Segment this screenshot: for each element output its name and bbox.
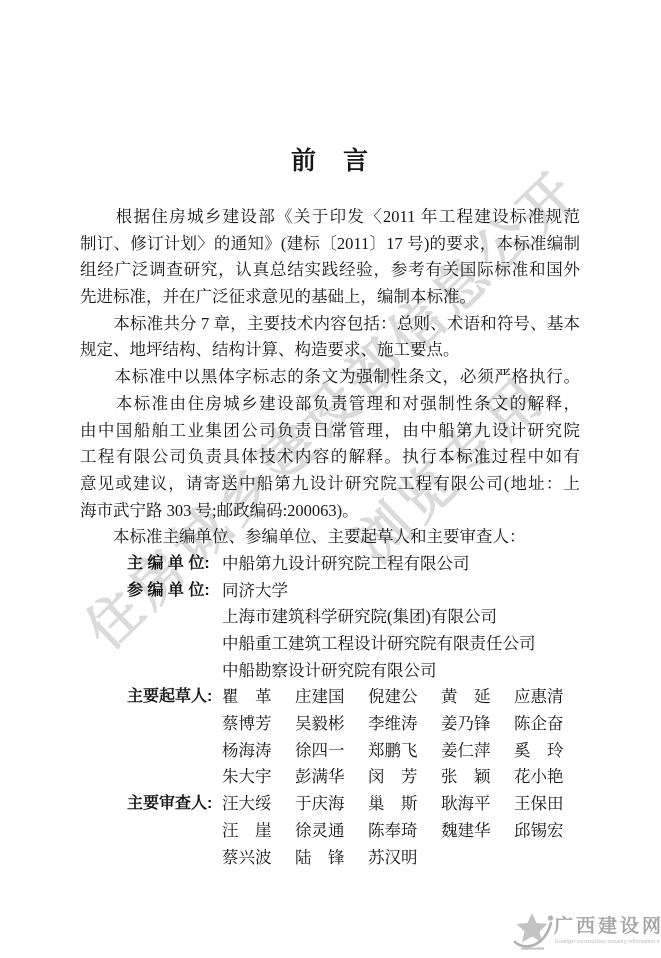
label-spacer xyxy=(127,711,222,738)
co-editor-value: 同济大学 xyxy=(222,578,580,605)
site-logo-tagline: Guangxi construction industry informatio… xyxy=(555,939,660,945)
reviewer-name: 王保田 xyxy=(514,791,580,818)
body-line: 本标准由住房城乡建设部负责管理和对强制性条文的解释， xyxy=(80,391,580,418)
site-logo-text: 广西建设网 xyxy=(554,911,661,938)
body-line: 根据住房城乡建设部《关于印发〈2011 年工程建设标准规范 xyxy=(80,204,580,231)
body-line: 本标准共分 7 章，主要技术内容包括：总则、术语和符号、基本 xyxy=(80,311,580,338)
co-editor-row: 中船重工建筑工程设计研究院有限责任公司 xyxy=(80,631,580,658)
body-line: 规定、地坪结构、结构计算、构造要求、施工要点。 xyxy=(80,337,580,364)
co-editor-value: 中船勘察设计研究院有限公司 xyxy=(222,658,580,685)
label-spacer xyxy=(127,845,222,872)
label-spacer xyxy=(127,658,222,685)
reviewer-name: 汪大绥 xyxy=(222,791,295,818)
drafter-name: 花小艳 xyxy=(514,764,580,791)
reviewer-name: 邱锡宏 xyxy=(514,818,580,845)
reviewer-name: 苏汉明 xyxy=(368,845,441,872)
reviewer-name: 汪 崖 xyxy=(222,818,295,845)
drafter-names-row: 蔡博芳吴毅彬李维涛姜乃锋陈企奋 xyxy=(222,711,580,738)
reviewers-label: 主要审查人: xyxy=(127,791,222,818)
drafter-names-row: 瞿 革庄建国倪建公黄 延应惠清 xyxy=(222,684,580,711)
drafter-name: 吴毅彬 xyxy=(295,711,368,738)
reviewer-names-row: 汪 崖徐灵通陈奉琦魏建华邱锡宏 xyxy=(222,818,580,845)
document-body: 根据住房城乡建设部《关于印发〈2011 年工程建设标准规范 制订、修订计划〉的通… xyxy=(80,204,580,871)
label-spacer xyxy=(127,738,222,765)
drafter-name: 姜仁萍 xyxy=(441,738,514,765)
drafter-name: 蔡博芳 xyxy=(222,711,295,738)
reviewer-names-row: 蔡兴波陆 锋苏汉明 xyxy=(222,845,580,872)
body-line: 本标准主编单位、参编单位、主要起草人和主要审查人： xyxy=(80,524,580,551)
drafter-name: 奚 玲 xyxy=(514,738,580,765)
drafter-name: 瞿 革 xyxy=(222,684,295,711)
body-line: 本标准中以黑体字标志的条文为强制性条文，必须严格执行。 xyxy=(80,364,580,391)
body-line: 先进标准，并在广泛征求意见的基础上，编制本标准。 xyxy=(80,284,580,311)
co-editor-row: 上海市建筑科学研究院(集团)有限公司 xyxy=(80,604,580,631)
chief-editor-label: 主 编 单 位: xyxy=(127,551,222,578)
body-line: 海市武宁路 303 号;邮政编码:200063)。 xyxy=(80,498,580,525)
drafters-label: 主要起草人: xyxy=(127,684,222,711)
reviewer-name: 徐灵通 xyxy=(295,818,368,845)
drafter-name: 黄 延 xyxy=(441,684,514,711)
chief-editor-row: 主 编 单 位: 中船第九设计研究院工程有限公司 xyxy=(80,551,580,578)
reviewers-row: 蔡兴波陆 锋苏汉明 xyxy=(80,845,580,872)
drafter-name: 陈企奋 xyxy=(514,711,580,738)
page-title: 前 言 xyxy=(80,141,580,177)
reviewer-name: 陈奉琦 xyxy=(368,818,441,845)
drafters-row: 杨海涛徐四一郑鹏飞姜仁萍奚 玲 xyxy=(80,738,580,765)
document-page: 住房城乡建设部信息公开 浏览专用 前 言 根据住房城乡建设部《关于印发〈2011… xyxy=(0,0,661,958)
drafter-name: 郑鹏飞 xyxy=(368,738,441,765)
drafter-name: 朱大宇 xyxy=(222,764,295,791)
co-editor-row: 参 编 单 位: 同济大学 xyxy=(80,578,580,605)
label-spacer xyxy=(127,604,222,631)
reviewer-name: 蔡兴波 xyxy=(222,845,295,872)
drafter-names-row: 杨海涛徐四一郑鹏飞姜仁萍奚 玲 xyxy=(222,738,580,765)
drafter-name: 姜乃锋 xyxy=(441,711,514,738)
reviewer-name: 巢 斯 xyxy=(368,791,441,818)
drafter-name: 庄建国 xyxy=(295,684,368,711)
drafter-name: 李维涛 xyxy=(368,711,441,738)
label-spacer xyxy=(127,631,222,658)
reviewers-row: 主要审查人: 汪大绥于庆海巢 斯耿海平王保田 xyxy=(80,791,580,818)
drafter-name: 应惠清 xyxy=(514,684,580,711)
drafter-name: 杨海涛 xyxy=(222,738,295,765)
star-swoosh-icon xyxy=(512,907,554,953)
chief-editor-value: 中船第九设计研究院工程有限公司 xyxy=(222,551,580,578)
drafter-name: 徐四一 xyxy=(295,738,368,765)
co-editor-value: 上海市建筑科学研究院(集团)有限公司 xyxy=(222,604,580,631)
drafter-name: 闵 芳 xyxy=(368,764,441,791)
body-line: 由中国船舶工业集团公司负责日常管理，由中船第九设计研究院 xyxy=(80,418,580,445)
co-editor-value: 中船重工建筑工程设计研究院有限责任公司 xyxy=(222,631,580,658)
drafters-row: 朱大宇彭满华闵 芳张 颖花小艳 xyxy=(80,764,580,791)
co-editor-row: 中船勘察设计研究院有限公司 xyxy=(80,658,580,685)
label-spacer xyxy=(127,764,222,791)
reviewer-name: 于庆海 xyxy=(295,791,368,818)
reviewer-name: 魏建华 xyxy=(441,818,514,845)
body-line: 组经广泛调查研究，认真总结实践经验，参考有关国际标准和国外 xyxy=(80,257,580,284)
reviewer-names-row: 汪大绥于庆海巢 斯耿海平王保田 xyxy=(222,791,580,818)
reviewer-name: 耿海平 xyxy=(441,791,514,818)
reviewer-name: 陆 锋 xyxy=(295,845,368,872)
drafters-row: 蔡博芳吴毅彬李维涛姜乃锋陈企奋 xyxy=(80,711,580,738)
reviewers-row: 汪 崖徐灵通陈奉琦魏建华邱锡宏 xyxy=(80,818,580,845)
label-spacer xyxy=(127,818,222,845)
drafter-name: 彭满华 xyxy=(295,764,368,791)
drafter-name: 倪建公 xyxy=(368,684,441,711)
drafters-row: 主要起草人: 瞿 革庄建国倪建公黄 延应惠清 xyxy=(80,684,580,711)
drafter-names-row: 朱大宇彭满华闵 芳张 颖花小艳 xyxy=(222,764,580,791)
site-logo: 广西建设网 Guangxi construction industry info… xyxy=(512,903,661,955)
body-line: 工程有限公司负责具体技术内容的解释。执行本标准过程中如有 xyxy=(80,444,580,471)
body-line: 意见或建议，请寄送中船第九设计研究院工程有限公司(地址：上 xyxy=(80,471,580,498)
co-editor-label: 参 编 单 位: xyxy=(127,578,222,605)
drafter-name: 张 颖 xyxy=(441,764,514,791)
body-line: 制订、修订计划〉的通知》(建标〔2011〕17 号)的要求，本标准编制 xyxy=(80,231,580,258)
